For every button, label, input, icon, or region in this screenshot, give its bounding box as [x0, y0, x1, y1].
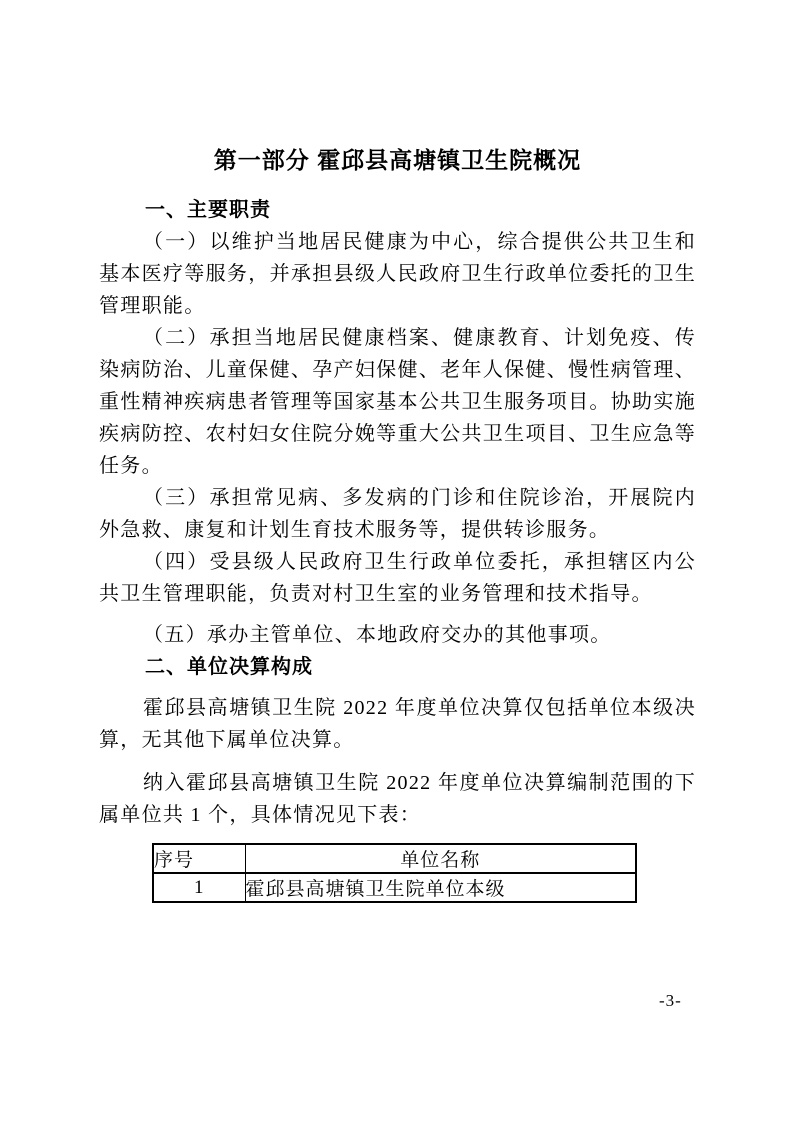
section-2-heading: 二、单位决算构成: [145, 651, 696, 683]
budget-paragraph-1: 霍邱县高塘镇卫生院 2022 年度单位决算仅包括单位本级决算，无其他下属单位决算…: [99, 692, 696, 756]
cell-unit-name: 霍邱县高塘镇卫生院单位本级: [245, 873, 636, 902]
document-content: 第一部分 霍邱县高塘镇卫生院概况 一、主要职责 （一）以维护当地居民健康为中心，…: [99, 145, 696, 903]
section-1-heading: 一、主要职责: [145, 194, 696, 226]
duty-paragraph-2: （二）承担当地居民健康档案、健康教育、计划免疫、传染病防治、儿童保健、孕产妇保健…: [99, 322, 696, 482]
document-page: 第一部分 霍邱县高塘镇卫生院概况 一、主要职责 （一）以维护当地居民健康为中心，…: [0, 0, 793, 1122]
subunits-table: 序号 单位名称 1 霍邱县高塘镇卫生院单位本级: [152, 843, 637, 903]
table-row: 1 霍邱县高塘镇卫生院单位本级: [153, 873, 636, 902]
duty-paragraph-4: （四）受县级人民政府卫生行政单位委托，承担辖区内公共卫生管理职能，负责对村卫生室…: [99, 546, 696, 610]
header-cell-index: 序号: [153, 844, 245, 873]
page-number: -3-: [659, 991, 682, 1011]
budget-paragraph-2: 纳入霍邱县高塘镇卫生院 2022 年度单位决算编制范围的下属单位共 1 个，具体…: [99, 767, 696, 831]
duty-paragraph-5: （五）承办主管单位、本地政府交办的其他事项。: [99, 619, 696, 651]
duty-paragraph-3: （三）承担常见病、多发病的门诊和住院诊治，开展院内外急救、康复和计划生育技术服务…: [99, 482, 696, 546]
cell-index: 1: [153, 873, 245, 902]
duty-paragraph-1: （一）以维护当地居民健康为中心，综合提供公共卫生和基本医疗等服务，并承担县级人民…: [99, 226, 696, 322]
header-cell-unit-name: 单位名称: [245, 844, 636, 873]
document-title: 第一部分 霍邱县高塘镇卫生院概况: [99, 145, 696, 175]
table-header-row: 序号 单位名称: [153, 844, 636, 873]
